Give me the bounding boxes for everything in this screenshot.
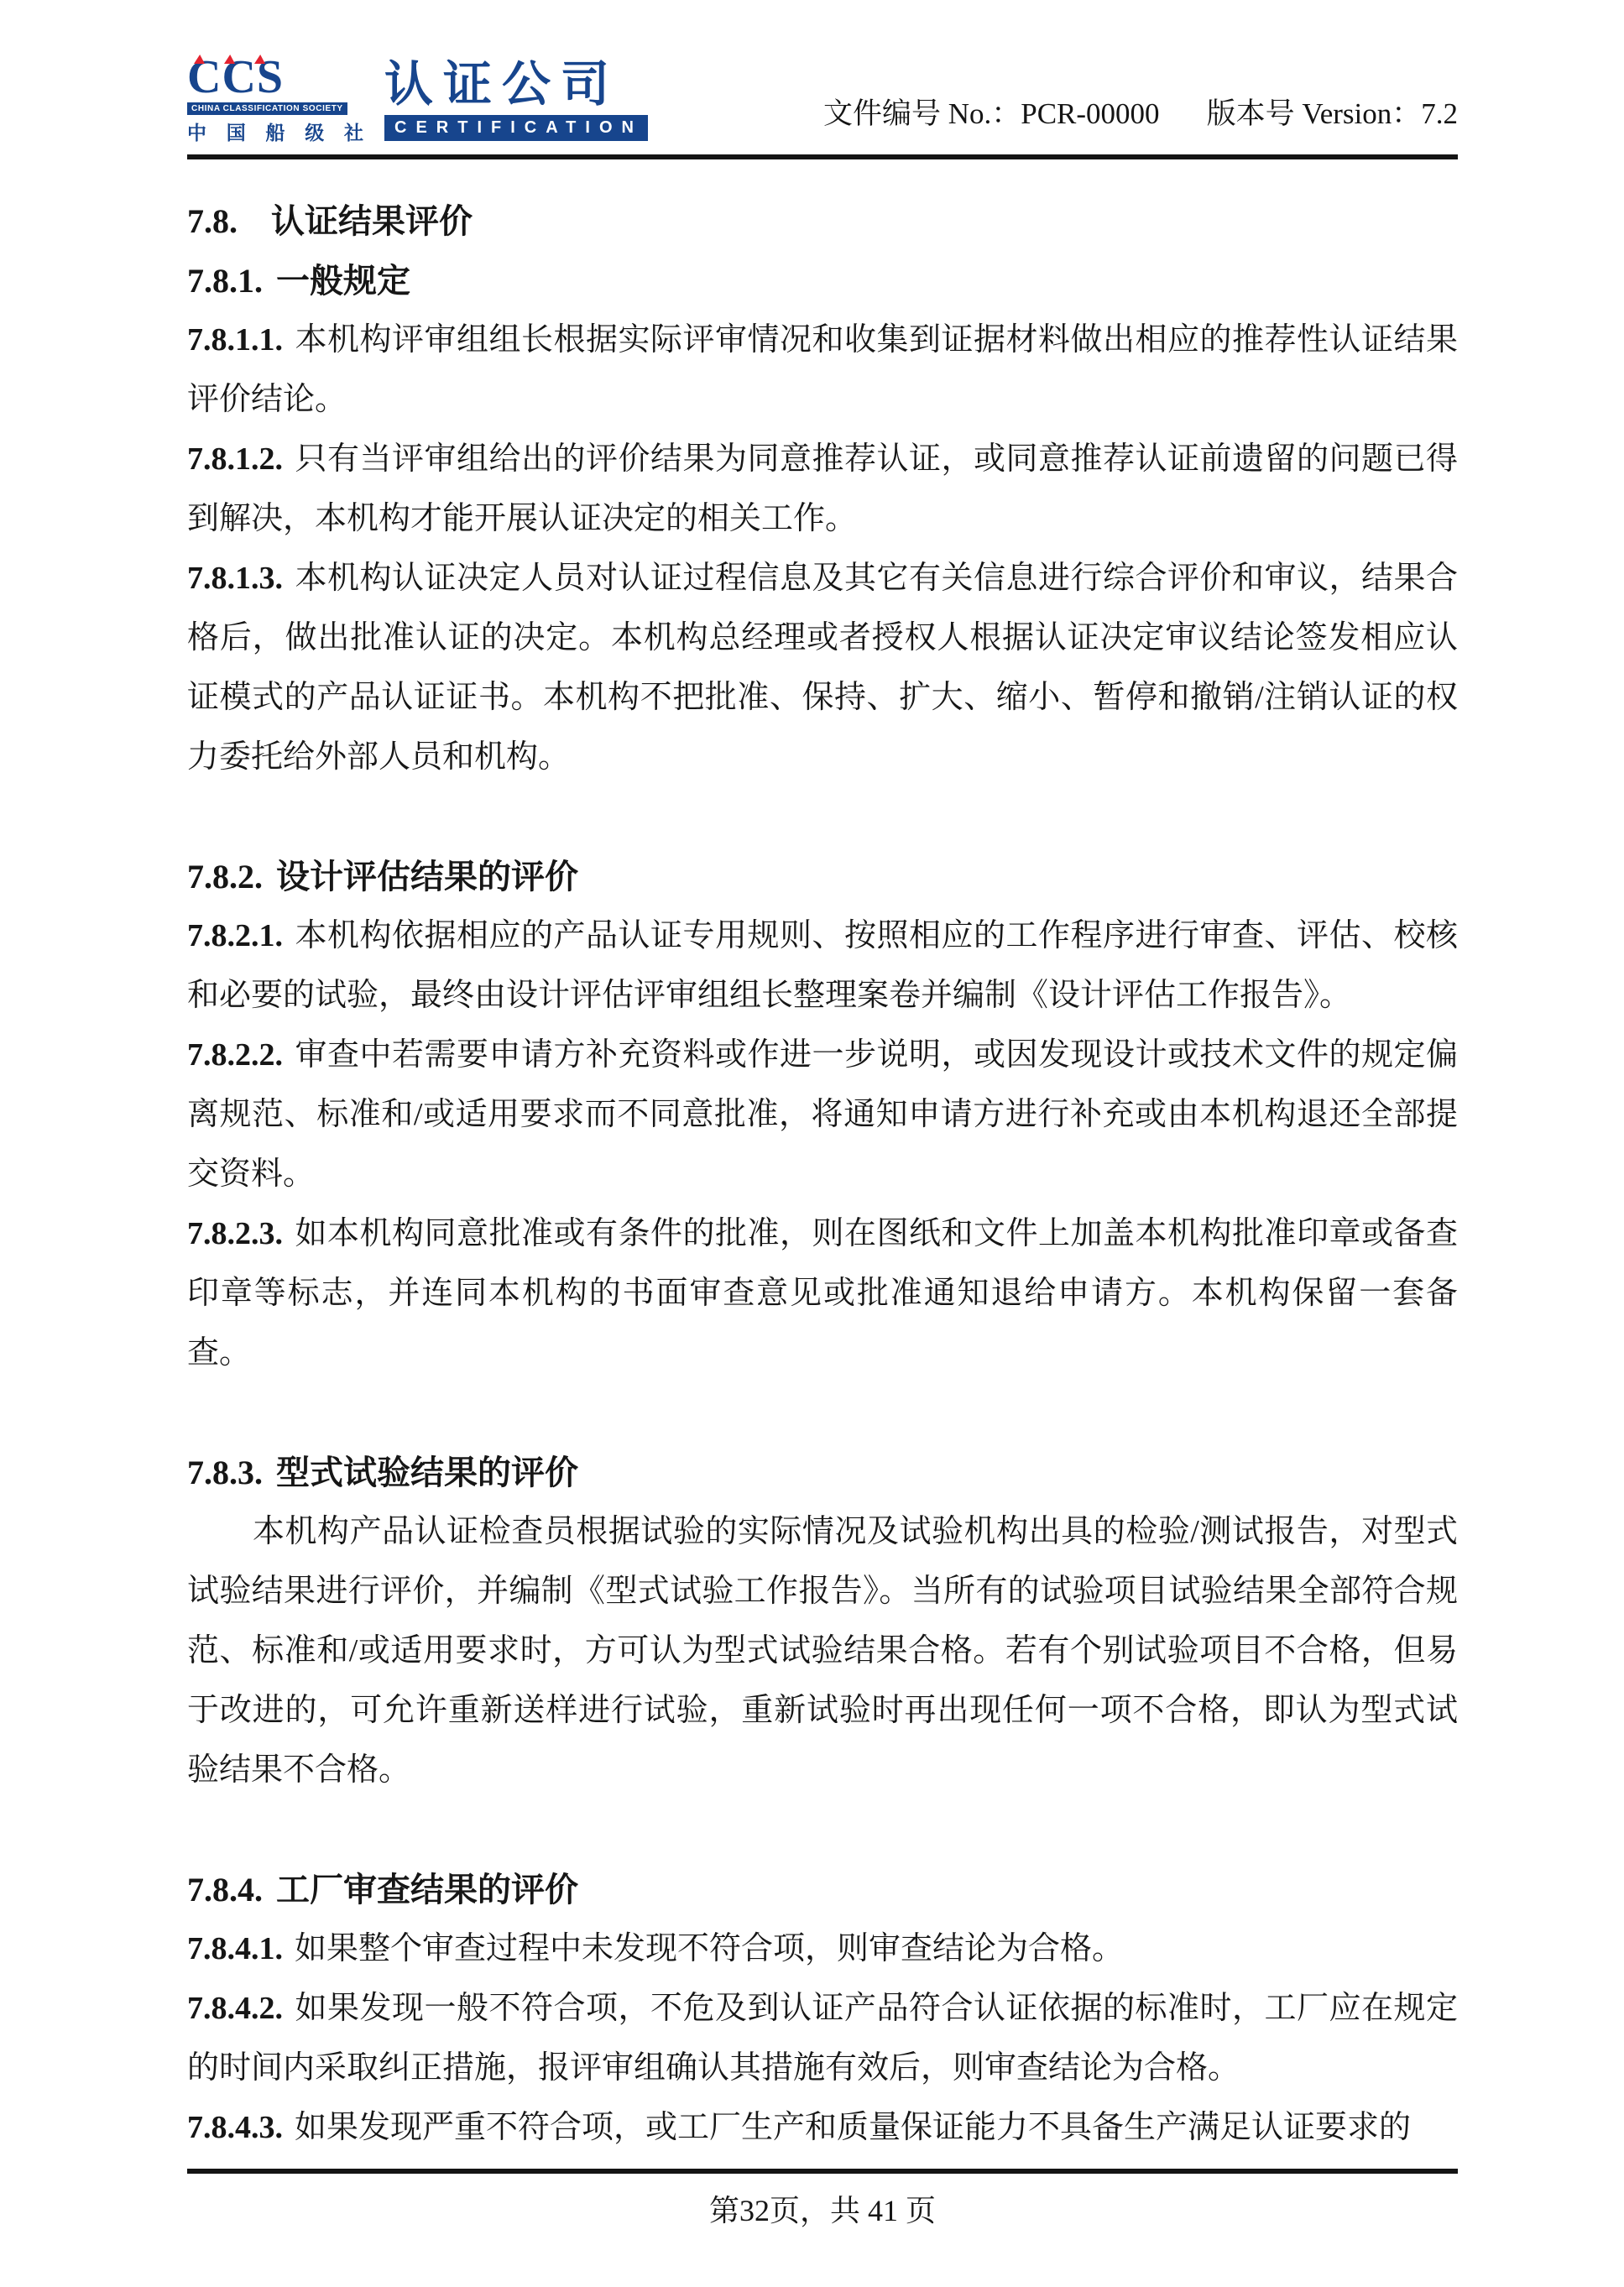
- logo-banner-text: CHINA CLASSIFICATION SOCIETY: [187, 102, 347, 115]
- section-number: 7.8.4.1.: [187, 1931, 283, 1966]
- paragraph: 7.8.2.1.本机构依据相应的产品认证专用规则、按照相应的工作程序进行审查、评…: [187, 906, 1458, 1026]
- paragraph: 7.8.2.3.如本机构同意批准或有条件的批准，则在图纸和文件上加盖本机构批准印…: [187, 1204, 1458, 1383]
- paragraph: 7.8.4.1.如果整个审查过程中未发现不符合项，则审查结论为合格。: [187, 1919, 1458, 1979]
- section-heading: 7.8.3.型式试验结果的评价: [187, 1443, 1458, 1502]
- section-heading: 7.8.4.工厂审查结果的评价: [187, 1860, 1458, 1919]
- section-number: 7.8.1.: [187, 262, 263, 300]
- paragraph-text: 本机构依据相应的产品认证专用规则、按照相应的工作程序进行审查、评估、校核和必要的…: [187, 918, 1458, 1013]
- paragraph-text: 如果发现一般不符合项，不危及到认证产品符合认证依据的标准时，工厂应在规定的时间内…: [187, 1991, 1458, 2086]
- section-number: 7.8.4.3.: [187, 2110, 283, 2145]
- section-number: 7.8.2.2.: [187, 1037, 283, 1073]
- paragraph: 7.8.1.2.只有当评审组给出的评价结果为同意推荐认证，或同意推荐认证前遗留的…: [187, 430, 1458, 549]
- section-number: 7.8.2.: [187, 858, 263, 895]
- paragraph-text: 工厂审查结果的评价: [276, 1871, 578, 1908]
- section-number: 7.8.: [187, 202, 238, 240]
- section-heading: 7.8.1.一般规定: [187, 251, 1458, 311]
- section-number: 7.8.1.1.: [187, 322, 283, 358]
- page-header: CCS CHINA CLASSIFICATION SOCIETY 中 国 船 级…: [187, 47, 1458, 159]
- paragraph-text: 本机构评审组组长根据实际评审情况和收集到证据材料做出相应的推荐性认证结果评价结论…: [187, 322, 1458, 417]
- paragraph: 7.8.1.3.本机构认证决定人员对认证过程信息及其它有关信息进行综合评价和审议…: [187, 549, 1458, 787]
- logo-certification-bar: CERTIFICATION: [384, 115, 648, 141]
- paragraph-text: 本机构认证决定人员对认证过程信息及其它有关信息进行综合评价和审议，结果合格后，做…: [187, 561, 1458, 775]
- section-heading: 7.8.2.设计评估结果的评价: [187, 847, 1458, 906]
- document-meta: 文件编号 No.：PCR-00000版本号 Version：7.2: [823, 91, 1458, 133]
- section-spacer: [187, 1800, 1458, 1860]
- document-page: CCS CHINA CLASSIFICATION SOCIETY 中 国 船 级…: [0, 0, 1624, 2287]
- paragraph: 7.8.4.3.如果发现严重不符合项，或工厂生产和质量保证能力不具备生产满足认证…: [187, 2098, 1458, 2158]
- section-number: 7.8.4.: [187, 1871, 263, 1908]
- paragraph-text: 本机构产品认证检查员根据试验的实际情况及试验机构出具的检验/测试报告，对型式试验…: [187, 1514, 1458, 1788]
- logo-chinese-name: 中 国 船 级 社: [187, 117, 371, 145]
- ccs-wordmark: CCS: [187, 59, 284, 97]
- paragraph: 7.8.4.2.如果发现一般不符合项，不危及到认证产品符合认证依据的标准时，工厂…: [187, 1979, 1458, 2098]
- footer-rule: [187, 2169, 1458, 2174]
- section-number: 7.8.3.: [187, 1454, 263, 1491]
- page-number: 第32页，共 41 页: [187, 2187, 1458, 2230]
- section-number: 7.8.1.2.: [187, 441, 283, 477]
- page-footer: 第32页，共 41 页: [187, 2169, 1458, 2230]
- paragraph-text: 如果整个审查过程中未发现不符合项，则审查结论为合格。: [295, 1931, 1124, 1966]
- paragraph-text: 一般规定: [276, 262, 410, 300]
- paragraph-text: 认证结果评价: [271, 202, 473, 240]
- section-number: 7.8.2.3.: [187, 1216, 283, 1251]
- paragraph-text: 如果发现严重不符合项，或工厂生产和质量保证能力不具备生产满足认证要求的: [295, 2110, 1411, 2145]
- ccs-logo: CCS CHINA CLASSIFICATION SOCIETY 中 国 船 级…: [187, 47, 648, 145]
- ccs-logo-right: 认证公司 CERTIFICATION: [384, 59, 648, 141]
- paragraph-text: 审查中若需要申请方补充资料或作进一步说明，或因发现设计或技术文件的规定偏离规范、…: [187, 1037, 1458, 1192]
- section-spacer: [187, 1383, 1458, 1443]
- doc-number: 文件编号 No.：PCR-00000: [823, 97, 1160, 130]
- paragraph: 本机构产品认证检查员根据试验的实际情况及试验机构出具的检验/测试报告，对型式试验…: [187, 1502, 1458, 1800]
- ccs-logo-left: CCS CHINA CLASSIFICATION SOCIETY 中 国 船 级…: [187, 59, 371, 145]
- doc-version: 版本号 Version：7.2: [1207, 97, 1458, 130]
- paragraph: 7.8.2.2.审查中若需要申请方补充资料或作进一步说明，或因发现设计或技术文件…: [187, 1026, 1458, 1204]
- section-spacer: [187, 787, 1458, 847]
- document-body: 7.8.认证结果评价7.8.1.一般规定7.8.1.1.本机构评审组组长根据实际…: [187, 191, 1458, 2158]
- section-heading: 7.8.认证结果评价: [187, 191, 1458, 251]
- paragraph-text: 型式试验结果的评价: [276, 1454, 578, 1491]
- section-number: 7.8.4.2.: [187, 1991, 283, 2026]
- logo-company-name: 认证公司: [384, 60, 648, 109]
- paragraph-text: 设计评估结果的评价: [276, 858, 578, 895]
- paragraph-text: 如本机构同意批准或有条件的批准，则在图纸和文件上加盖本机构批准印章或备查印章等标…: [187, 1216, 1458, 1371]
- section-number: 7.8.2.1.: [187, 918, 283, 953]
- paragraph: 7.8.1.1.本机构评审组组长根据实际评审情况和收集到证据材料做出相应的推荐性…: [187, 311, 1458, 430]
- section-number: 7.8.1.3.: [187, 561, 283, 596]
- paragraph-text: 只有当评审组给出的评价结果为同意推荐认证，或同意推荐认证前遗留的问题已得到解决，…: [187, 441, 1458, 536]
